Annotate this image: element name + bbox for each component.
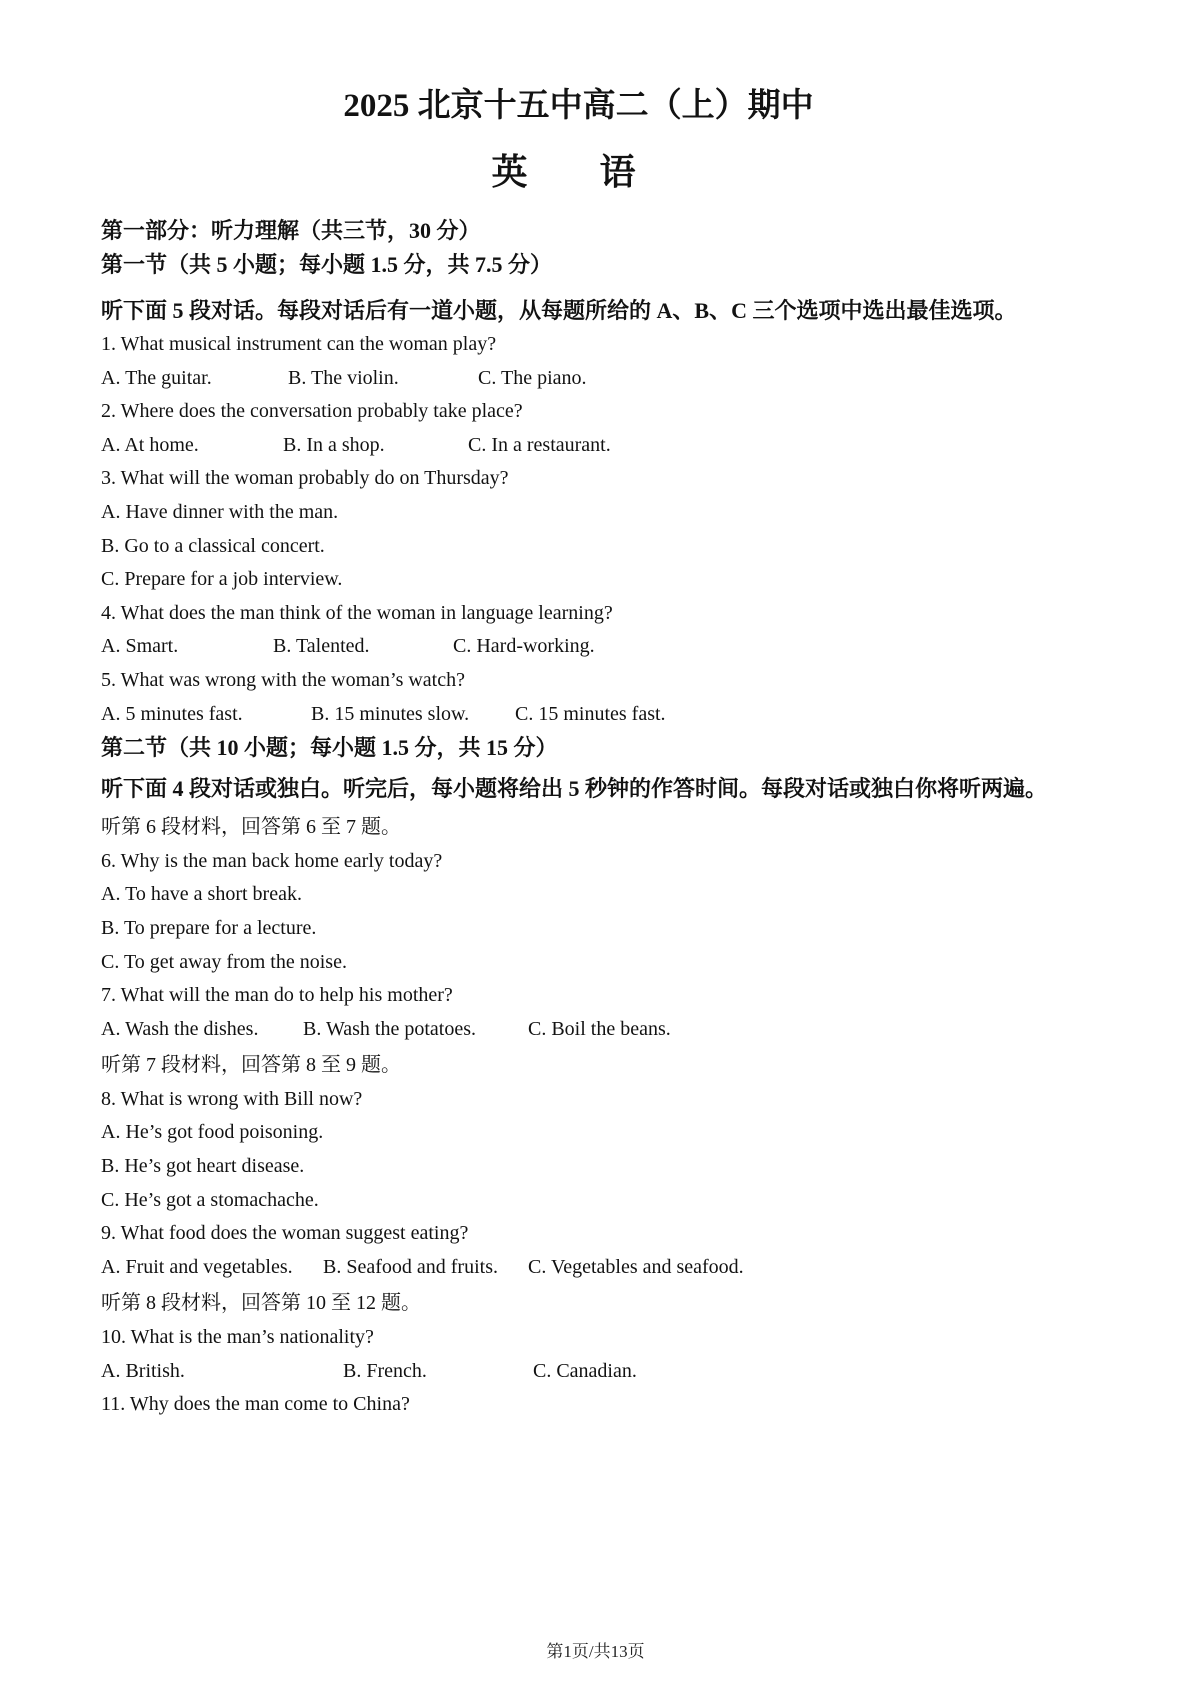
question-5-option-a: A. 5 minutes fast. (101, 698, 311, 732)
exam-title: 2025 北京十五中高二（上）期中 (101, 84, 1056, 128)
question-3-option-b: B. Go to a classical concert. (101, 530, 1096, 564)
material-8-note: 听第 8 段材料，回答第 10 至 12 题。 (101, 1287, 1096, 1321)
question-6-text: 6. Why is the man back home early today? (101, 845, 1096, 879)
question-7-text: 7. What will the man do to help his moth… (101, 979, 1096, 1013)
question-1-options: A. The guitar.B. The violin.C. The piano… (101, 362, 1096, 396)
question-8-option-c: C. He’s got a stomachache. (101, 1184, 1096, 1218)
question-1-option-a: A. The guitar. (101, 362, 288, 396)
question-10-option-c: C. Canadian. (533, 1355, 637, 1389)
question-10-option-b: B. French. (343, 1355, 533, 1389)
question-8-text: 8. What is wrong with Bill now? (101, 1083, 1096, 1117)
question-10-options: A. British.B. French.C. Canadian. (101, 1355, 1096, 1389)
question-8-option-a: A. He’s got food poisoning. (101, 1116, 1096, 1150)
question-1-option-c: C. The piano. (478, 362, 587, 396)
question-4-text: 4. What does the man think of the woman … (101, 597, 1096, 631)
question-2-options: A. At home.B. In a shop.C. In a restaura… (101, 429, 1096, 463)
question-2-text: 2. Where does the conversation probably … (101, 395, 1096, 429)
question-4-option-c: C. Hard-working. (453, 630, 595, 664)
question-9-option-c: C. Vegetables and seafood. (528, 1251, 744, 1285)
question-9-option-a: A. Fruit and vegetables. (101, 1251, 323, 1285)
question-4-option-b: B. Talented. (273, 630, 453, 664)
question-10-option-a: A. British. (101, 1355, 343, 1389)
question-5-option-c: C. 15 minutes fast. (515, 698, 666, 732)
question-5-options: A. 5 minutes fast.B. 15 minutes slow.C. … (101, 698, 1096, 732)
question-2-option-a: A. At home. (101, 429, 283, 463)
question-5-text: 5. What was wrong with the woman’s watch… (101, 664, 1096, 698)
section1-heading: 第一节（共 5 小题；每小题 1.5 分，共 7.5 分） (101, 248, 1096, 282)
exam-document-page: 2025 北京十五中高二（上）期中 英 语 第一部分：听力理解（共三节，30 分… (0, 0, 1191, 1684)
part1-heading: 第一部分：听力理解（共三节，30 分） (101, 214, 1096, 248)
question-3-text: 3. What will the woman probably do on Th… (101, 462, 1096, 496)
question-3-option-a: A. Have dinner with the man. (101, 496, 1096, 530)
question-6-option-c: C. To get away from the noise. (101, 946, 1096, 980)
section2-heading: 第二节（共 10 小题；每小题 1.5 分，共 15 分） (101, 731, 1096, 765)
subject-title: 英 语 (101, 148, 1026, 196)
question-7-options: A. Wash the dishes.B. Wash the potatoes.… (101, 1013, 1096, 1047)
question-1-option-b: B. The violin. (288, 362, 478, 396)
question-9-text: 9. What food does the woman suggest eati… (101, 1217, 1096, 1251)
question-5-option-b: B. 15 minutes slow. (311, 698, 515, 732)
question-2-option-c: C. In a restaurant. (468, 429, 611, 463)
page-number-footer: 第1页/共13页 (0, 1641, 1191, 1663)
question-10-text: 10. What is the man’s nationality? (101, 1321, 1096, 1355)
question-4-option-a: A. Smart. (101, 630, 273, 664)
question-11-text: 11. Why does the man come to China? (101, 1388, 1096, 1422)
section2-instruction: 听下面 4 段对话或独白。听完后，每小题将给出 5 秒钟的作答时间。每段对话或独… (101, 772, 1096, 806)
material-6-note: 听第 6 段材料，回答第 6 至 7 题。 (101, 811, 1096, 845)
question-9-option-b: B. Seafood and fruits. (323, 1251, 528, 1285)
question-4-options: A. Smart.B. Talented.C. Hard-working. (101, 630, 1096, 664)
question-6-option-a: A. To have a short break. (101, 878, 1096, 912)
material-7-note: 听第 7 段材料，回答第 8 至 9 题。 (101, 1049, 1096, 1083)
question-7-option-a: A. Wash the dishes. (101, 1013, 303, 1047)
question-8-option-b: B. He’s got heart disease. (101, 1150, 1096, 1184)
question-3-option-c: C. Prepare for a job interview. (101, 563, 1096, 597)
question-7-option-b: B. Wash the potatoes. (303, 1013, 528, 1047)
question-7-option-c: C. Boil the beans. (528, 1013, 671, 1047)
section1-instruction: 听下面 5 段对话。每段对话后有一道小题，从每题所给的 A、B、C 三个选项中选… (101, 294, 1096, 328)
question-6-option-b: B. To prepare for a lecture. (101, 912, 1096, 946)
question-2-option-b: B. In a shop. (283, 429, 468, 463)
question-1-text: 1. What musical instrument can the woman… (101, 328, 1096, 362)
question-9-options: A. Fruit and vegetables.B. Seafood and f… (101, 1251, 1096, 1285)
